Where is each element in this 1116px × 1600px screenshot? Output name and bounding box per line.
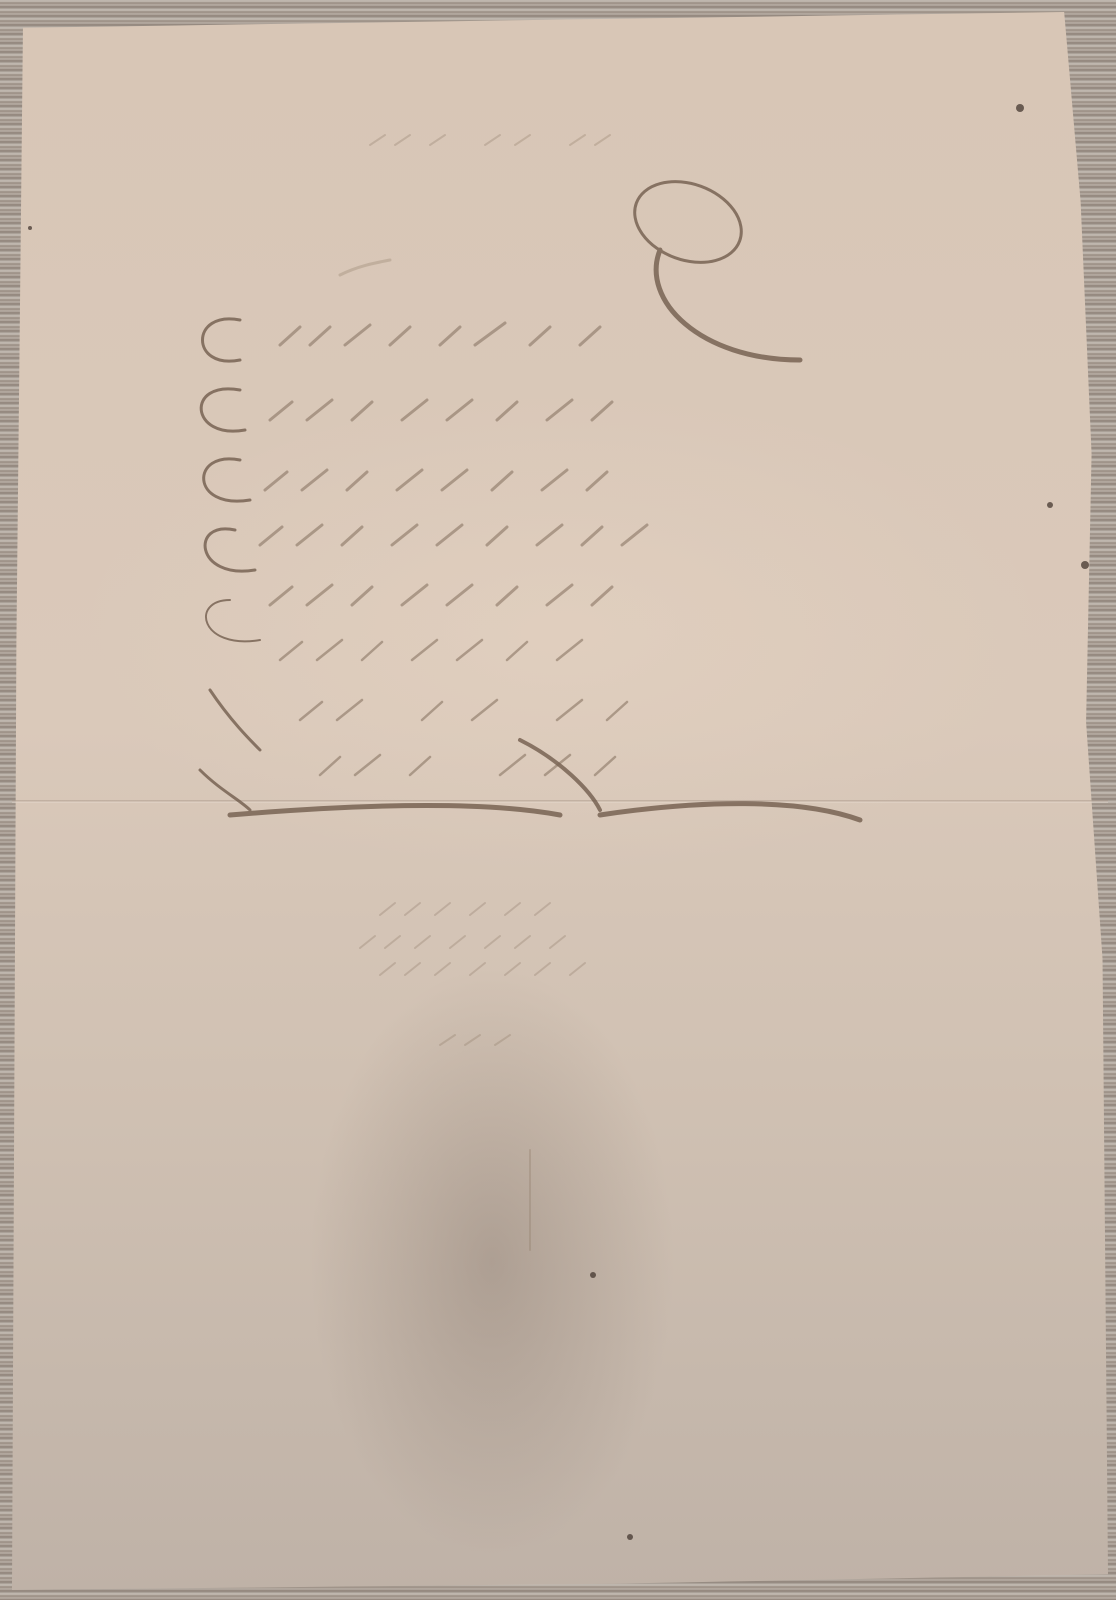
mirrored-ink-bleed-through [0,0,1116,1600]
